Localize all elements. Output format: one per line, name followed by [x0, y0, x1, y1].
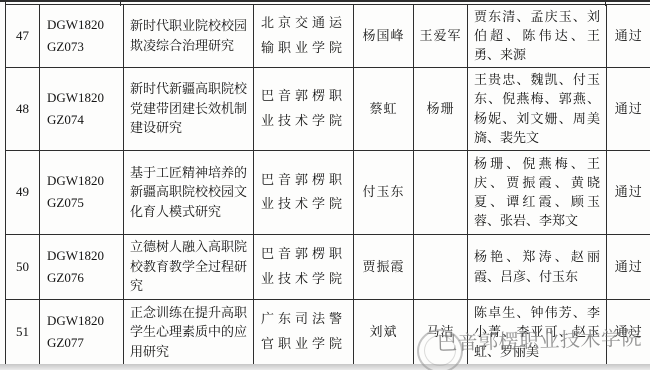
leader-cell: 付玉东 — [354, 150, 414, 234]
leader-cell: 杨国峰 — [354, 5, 414, 68]
watermark-text: 巴音郭楞职业技术学院 — [437, 322, 643, 356]
status-cell: 通过 — [607, 150, 650, 234]
institution-cell: 巴音郭楞职业技术学院 — [254, 234, 354, 299]
members-cell: 贾东清、孟庆玉、刘伯超、陈伟达、王勇、来源 — [468, 5, 607, 68]
institution-cell: 北京交通运输职业学院 — [254, 5, 354, 68]
row-number-cell: 49 — [6, 150, 40, 234]
table-row: 47 DGW1820 GZ073 新时代职业院校校园欺凌综合治理研究 北京交通运… — [6, 5, 650, 68]
project-code-cell: DGW1820 GZ073 — [40, 5, 124, 68]
table-row: 50 DGW1820 GZ076 立德树人融入高职院校教育教学全过程研究 巴音郭… — [6, 234, 650, 299]
members-cell: 杨珊、倪燕梅、王庆、贾振霞、黄晓夏、谭红霞、顾玉蓉、张岩、李郑文 — [468, 150, 607, 234]
institution-cell: 广东司法警官职业学院 — [254, 299, 354, 365]
project-code-cell: DGW1820 GZ074 — [40, 67, 124, 150]
scanned-document-page: 47 DGW1820 GZ073 新时代职业院校校园欺凌综合治理研究 北京交通运… — [0, 0, 650, 370]
project-code-cell: DGW1820 GZ075 — [40, 150, 124, 234]
project-code-cell: DGW1820 GZ076 — [40, 234, 124, 299]
members-cell: 杨艳、郑涛、赵丽霞、吕彦、付玉东 — [468, 234, 607, 299]
status-cell: 通过 — [607, 234, 650, 299]
leader-cell: 蔡虹 — [354, 67, 414, 150]
row-number-cell: 51 — [6, 299, 40, 365]
projects-approval-table: 47 DGW1820 GZ073 新时代职业院校校园欺凌综合治理研究 北京交通运… — [5, 4, 650, 366]
row-number-cell: 50 — [6, 234, 40, 299]
project-title-cell: 新时代职业院校校园欺凌综合治理研究 — [124, 5, 254, 68]
co-leader-cell: 王爱军 — [414, 5, 468, 68]
members-cell: 王贵忠、魏凯、付玉东、倪燕梅、郭燕、杨妮、刘文姗、周美旖、裴先文 — [468, 67, 607, 150]
institution-cell: 巴音郭楞职业技术学院 — [254, 150, 354, 234]
co-leader-cell: 杨珊 — [414, 67, 468, 150]
table-row: 49 DGW1820 GZ075 基于工匠精神培养的新疆高职院校校园文化育人模式… — [6, 150, 650, 234]
previous-row-border — [0, 0, 650, 2]
leader-cell: 刘斌 — [354, 299, 414, 365]
leader-cell: 贾振霞 — [354, 234, 414, 299]
table-row: 48 DGW1820 GZ074 新时代新疆高职院校党建带团建长效机制建设研究 … — [6, 67, 650, 150]
project-code-cell: DGW1820 GZ077 — [40, 299, 124, 365]
status-cell: 通过 — [607, 67, 650, 150]
project-title-cell: 基于工匠精神培养的新疆高职院校校园文化育人模式研究 — [124, 150, 254, 234]
page-edge-shadow — [0, 364, 650, 370]
co-leader-cell — [414, 234, 468, 299]
project-title-cell: 立德树人融入高职院校教育教学全过程研究 — [124, 234, 254, 299]
co-leader-cell — [414, 150, 468, 234]
row-number-cell: 48 — [6, 67, 40, 150]
status-cell: 通过 — [607, 5, 650, 68]
institution-cell: 巴音郭楞职业技术学院 — [254, 67, 354, 150]
project-title-cell: 新时代新疆高职院校党建带团建长效机制建设研究 — [124, 67, 254, 150]
project-title-cell: 正念训练在提升高职学生心理素质中的应用研究 — [124, 299, 254, 365]
row-number-cell: 47 — [6, 5, 40, 68]
